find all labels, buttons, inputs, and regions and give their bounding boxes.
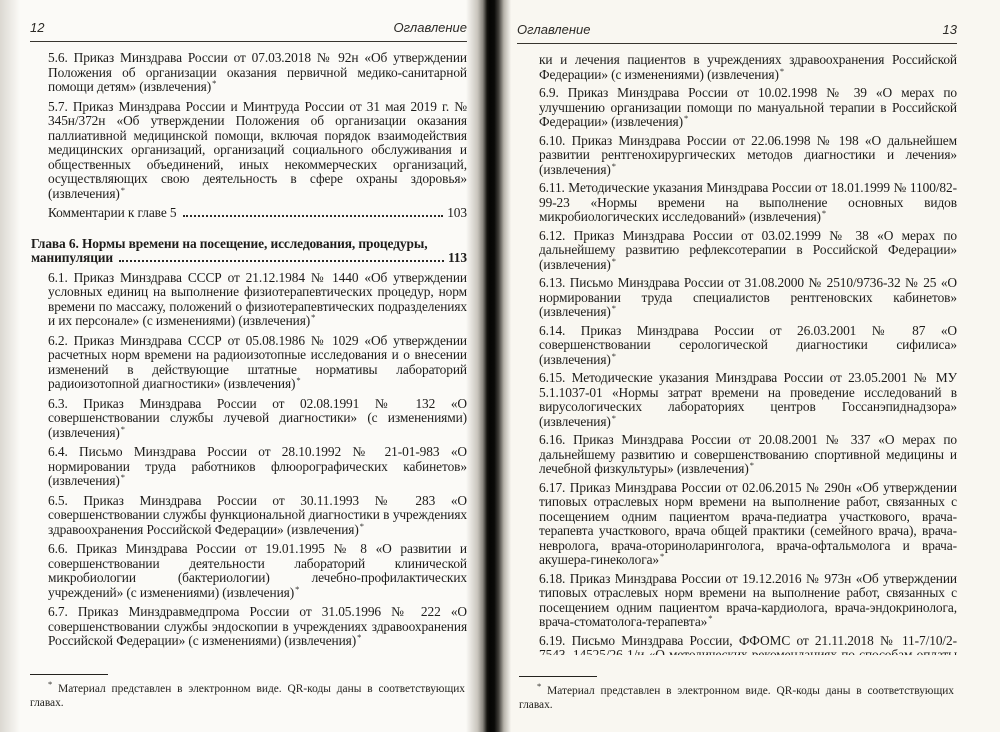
footnote-marker: * [537,681,541,691]
footnote: * Материал представлен в электронном вид… [30,674,465,710]
toc-entry: 6.15. Методические указания Минздрава Ро… [539,371,957,429]
page-number: 13 [943,22,957,37]
footnote-text: * Материал представлен в электронном вид… [30,682,465,710]
electronic-material-asterisk: * [296,375,300,385]
toc-page-ref: 103 [447,206,467,221]
toc-entry: 6.18. Приказ Минздрава России от 19.12.2… [539,572,957,630]
toc-entry: 6.7. Приказ Минздравмедпрома России от 3… [48,605,467,649]
footnote-marker: * [48,679,52,689]
toc-leader-entry: Комментарии к главе 5103 [48,206,467,221]
electronic-material-asterisk: * [212,78,216,88]
toc-entry: 6.6. Приказ Минздрава России от 19.01.19… [48,542,467,600]
toc-entry-label: Комментарии к главе 5 [48,206,177,221]
electronic-material-asterisk: * [360,521,364,531]
electronic-material-asterisk: * [357,632,361,642]
running-head: Оглавление [517,22,590,37]
page-edge-shadow [0,0,20,732]
toc-entry: 6.19. Письмо Минздрава России, ФФОМС от … [539,634,957,656]
page-header: Оглавление 13 [517,22,957,44]
book-spread: 12 Оглавление 5.6. Приказ Минздрава Росс… [0,0,1000,732]
electronic-material-asterisk: * [684,113,688,123]
electronic-material-asterisk: * [121,472,125,482]
toc-entry: 6.13. Письмо Минздрава России от 31.08.2… [539,276,957,320]
chapter-title-line: Глава 6. Нормы времени на посещение, исс… [31,237,467,252]
page-number: 12 [30,20,44,35]
electronic-material-asterisk: * [708,613,712,623]
page-header: 12 Оглавление [30,20,467,42]
running-head: Оглавление [394,20,467,35]
page-right: Оглавление 13 ки и лечения пациентов в у… [503,0,1000,732]
toc-entry: 6.16. Приказ Минздрава России от 20.08.2… [539,433,957,477]
toc-entry: 6.11. Методические указания Минздрава Ро… [539,181,957,225]
toc-entries: ки и лечения пациентов в учреждениях здр… [517,53,957,655]
toc-entries: 5.6. Приказ Минздрава России от 07.03.20… [30,51,467,653]
toc-entry: 6.14. Приказ Минздрава России от 26.03.2… [539,324,957,368]
electronic-material-asterisk: * [121,424,125,434]
electronic-material-asterisk: * [612,413,616,423]
toc-entry: 6.2. Приказ Минздрава СССР от 05.08.1986… [48,334,467,392]
toc-entry: 5.6. Приказ Минздрава России от 07.03.20… [48,51,467,95]
electronic-material-asterisk: * [660,551,664,561]
toc-page-ref: 113 [448,251,467,266]
toc-entry: 6.3. Приказ Минздрава России от 02.08.19… [48,397,467,441]
dot-leader [119,260,444,262]
footnote-text: * Материал представлен в электронном вид… [519,684,954,712]
electronic-material-asterisk: * [295,584,299,594]
electronic-material-asterisk: * [822,208,826,218]
footnote-rule [519,676,597,677]
toc-entry: 6.5. Приказ Минздрава России от 30.11.19… [48,494,467,538]
chapter-leader-line: манипуляции113 [31,251,467,266]
electronic-material-asterisk: * [612,161,616,171]
toc-entry: 5.7. Приказ Минздрава России и Минтруда … [48,100,467,202]
electronic-material-asterisk: * [612,351,616,361]
toc-entry: 6.12. Приказ Минздрава России от 03.02.1… [539,229,957,273]
toc-entry: 6.10. Приказ Минздрава России от 22.06.1… [539,134,957,178]
book-binding-gutter [466,0,514,732]
electronic-material-asterisk: * [780,66,784,76]
toc-entry: ки и лечения пациентов в учреждениях здр… [539,53,957,82]
chapter-title-line: манипуляции [31,251,113,266]
toc-entry: 6.17. Приказ Минздрава России от 02.06.2… [539,481,957,568]
electronic-material-asterisk: * [612,303,616,313]
electronic-material-asterisk: * [612,256,616,266]
page-left: 12 Оглавление 5.6. Приказ Минздрава Росс… [0,0,483,732]
electronic-material-asterisk: * [750,460,754,470]
toc-entry: 6.4. Письмо Минздрава России от 28.10.19… [48,445,467,489]
electronic-material-asterisk: * [311,312,315,322]
toc-entry: 6.9. Приказ Минздрава России от 10.02.19… [539,86,957,130]
footnote-rule [30,674,108,675]
toc-entry: 6.1. Приказ Минздрава СССР от 21.12.1984… [48,271,467,329]
dot-leader [183,215,444,217]
toc-chapter-entry: Глава 6. Нормы времени на посещение, исс… [31,237,467,266]
footnote: * Материал представлен в электронном вид… [519,676,954,712]
electronic-material-asterisk: * [121,185,125,195]
